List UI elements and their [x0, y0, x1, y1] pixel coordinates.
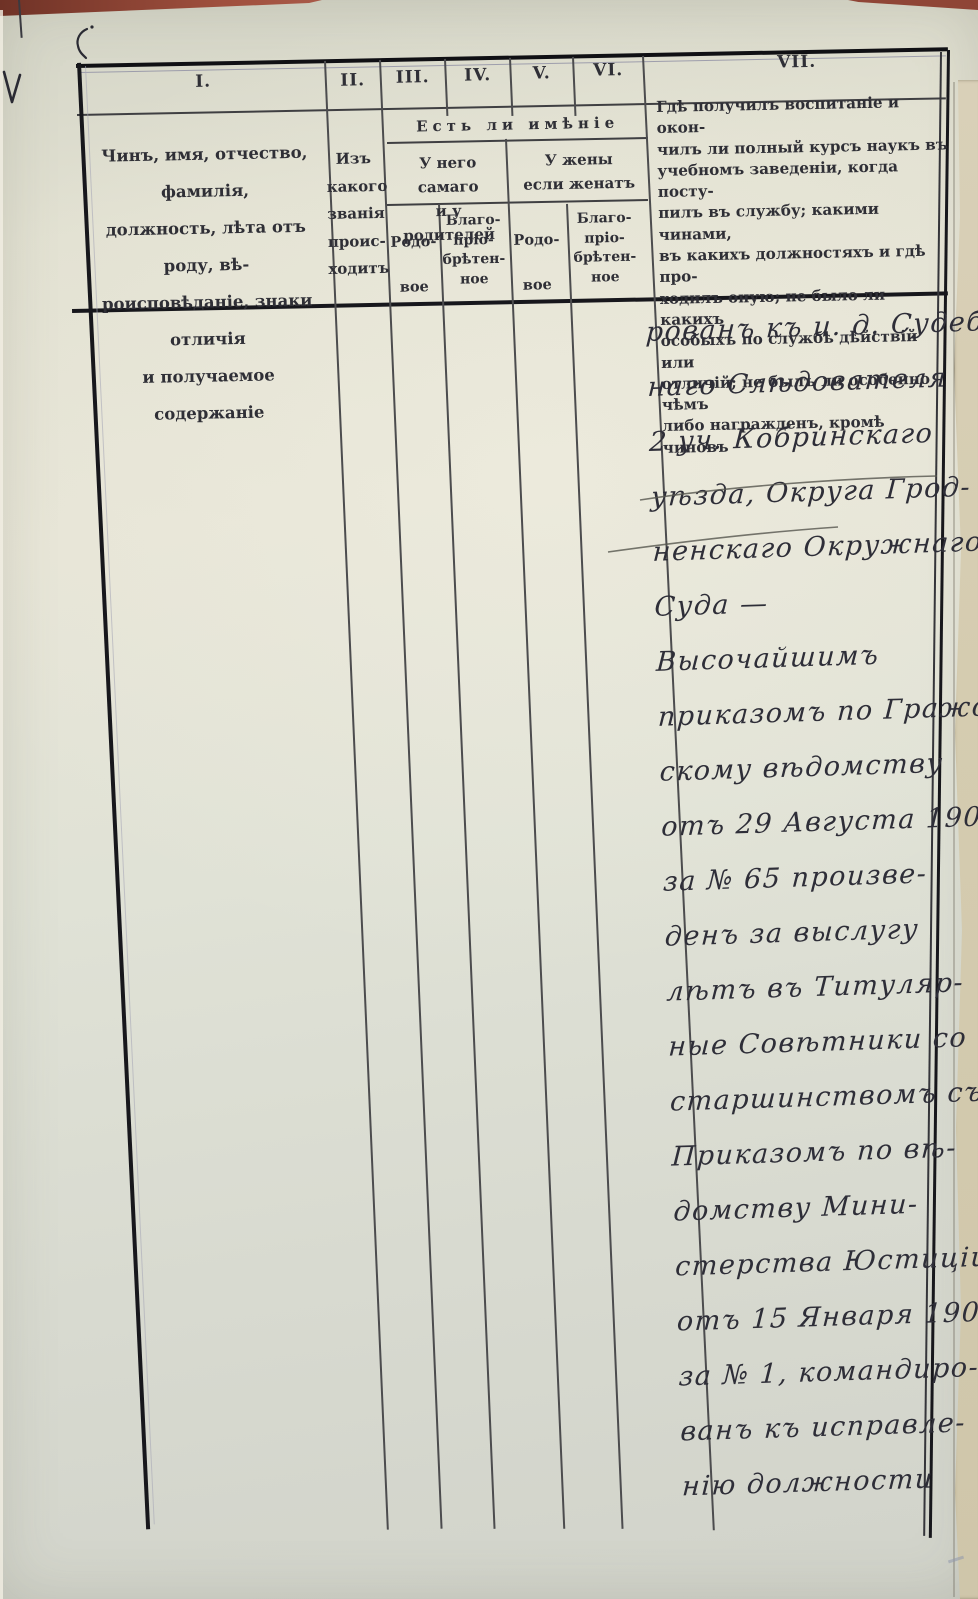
blago-line: брѣтен- [569, 248, 641, 269]
blago-line: ное [569, 267, 641, 288]
handwriting-line: скому вѣдомству [658, 735, 973, 800]
estate-wife-rodovoe-header: Родо- вое [506, 217, 568, 308]
handwriting-line: домству Мини- [672, 1175, 978, 1240]
rodovoe-line: Родо- [384, 219, 443, 265]
column-number-3: III. [381, 67, 444, 88]
column2-header: Изъ какого званія проис- ходитъ [326, 145, 383, 284]
desk-edge-top-right [848, 0, 978, 12]
estate-wife-line: У жены [510, 146, 647, 173]
column-number-2: II. [326, 70, 379, 91]
handwriting-line: наго Слѣдователя [646, 350, 961, 415]
divider-col5-col6 [566, 204, 623, 1529]
column1-header-line: роисповѣданіе, знаки отличія [87, 281, 328, 360]
estate-own-line: У него самаго [387, 150, 509, 200]
column7-header-line: въ какихъ должностяхъ и гдѣ про- [659, 240, 952, 288]
column-number-1: I. [82, 69, 324, 94]
handwriting-line: отъ 15 Января 1904 г. [675, 1285, 978, 1350]
handwriting-line: ванъ къ исправле- [679, 1395, 978, 1460]
rodovoe-line: вое [385, 264, 444, 310]
column2-header-line: ходитъ [328, 255, 383, 284]
column2-header-line: Изъ [326, 145, 381, 174]
column1-header: Чинъ, имя, отчество, фамилія, должность,… [84, 133, 330, 434]
estate-wife-header: У жены если женатъ [510, 146, 648, 197]
column1-header-line: должность, лѣта отъ роду, вѣ- [85, 207, 326, 286]
handwriting-line: денъ за выслугу [663, 900, 978, 965]
blago-line: Благо- [568, 209, 640, 230]
column2-header-line: проис- [328, 227, 383, 256]
column7-header-line: Гдѣ получилъ воспитаніе и окон- [656, 91, 949, 139]
column1-header-line: Чинъ, имя, отчество, фамилія, [84, 133, 325, 212]
estate-own-blago-header: Благо- пріо- брѣтен- ное [440, 211, 507, 290]
estate-wife-blago-header: Благо- пріо- брѣтен- ное [568, 209, 641, 288]
estate-own-rodovoe-header: Родо- вое [384, 219, 444, 310]
estate-group-title: Есть ли имѣніе [387, 113, 648, 136]
page-left-edge-highlight [0, 10, 3, 1599]
handwriting-line: стерства Юстиціи [674, 1230, 978, 1295]
column2-header-line: званія [327, 200, 382, 229]
handwriting-line: отъ 29 Августа 1903 г. [660, 790, 975, 855]
rodovoe-line: Родо- [506, 217, 567, 263]
divider-col4-col5 [505, 139, 565, 1529]
handwriting-line: рованъ къ и. д. Судеб- [644, 295, 959, 360]
column2-header-line: какого [327, 172, 382, 201]
handwriting-line: Суда — [653, 570, 968, 635]
handwriting-line: лѣтъ въ Титуляр- [665, 955, 978, 1020]
column7-header-line: учебномъ заведеніи, когда посту- [657, 155, 950, 203]
blago-line: брѣтен- [441, 250, 507, 271]
blago-line: Благо- [440, 211, 506, 232]
column7-header-line: пилъ въ службу; какими чинами, [658, 198, 951, 246]
blago-line: пріо- [568, 228, 640, 249]
column-number-7: VII. [648, 49, 945, 75]
rodovoe-line: вое [507, 262, 568, 308]
handwriting-line: нію должности [681, 1450, 978, 1515]
column1-header-line: и получаемое содержаніе [88, 355, 329, 434]
handwriting-line: за № 65 произве- [662, 845, 977, 910]
handwriting-line: Высочайшимъ [655, 625, 970, 690]
scanned-document-page: I. II. III. IV. V. VI. VII. Чинъ, имя, о… [0, 0, 978, 1599]
handwriting-line: приказомъ по Граждан- [656, 680, 971, 745]
handwriting-line: ные Совѣтники со [667, 1010, 978, 1075]
blago-line: пріо- [440, 230, 506, 251]
column-number-6: VI. [574, 60, 642, 81]
handwriting-line: Приказомъ по вѣ- [670, 1120, 978, 1185]
blago-line: ное [441, 269, 507, 290]
handwriting-line: за № 1, командиро- [677, 1340, 978, 1405]
column-number-4: IV. [446, 65, 509, 86]
divider-col3-col4 [438, 204, 495, 1529]
pen-stroke-marks [600, 460, 960, 570]
handwriting-line: старшинствомъ съ [669, 1065, 978, 1130]
estate-title-rule [387, 137, 648, 144]
estate-wife-line: если женатъ [510, 170, 647, 197]
column-number-5: V. [511, 63, 572, 84]
desk-edge-top-left [0, 0, 322, 18]
